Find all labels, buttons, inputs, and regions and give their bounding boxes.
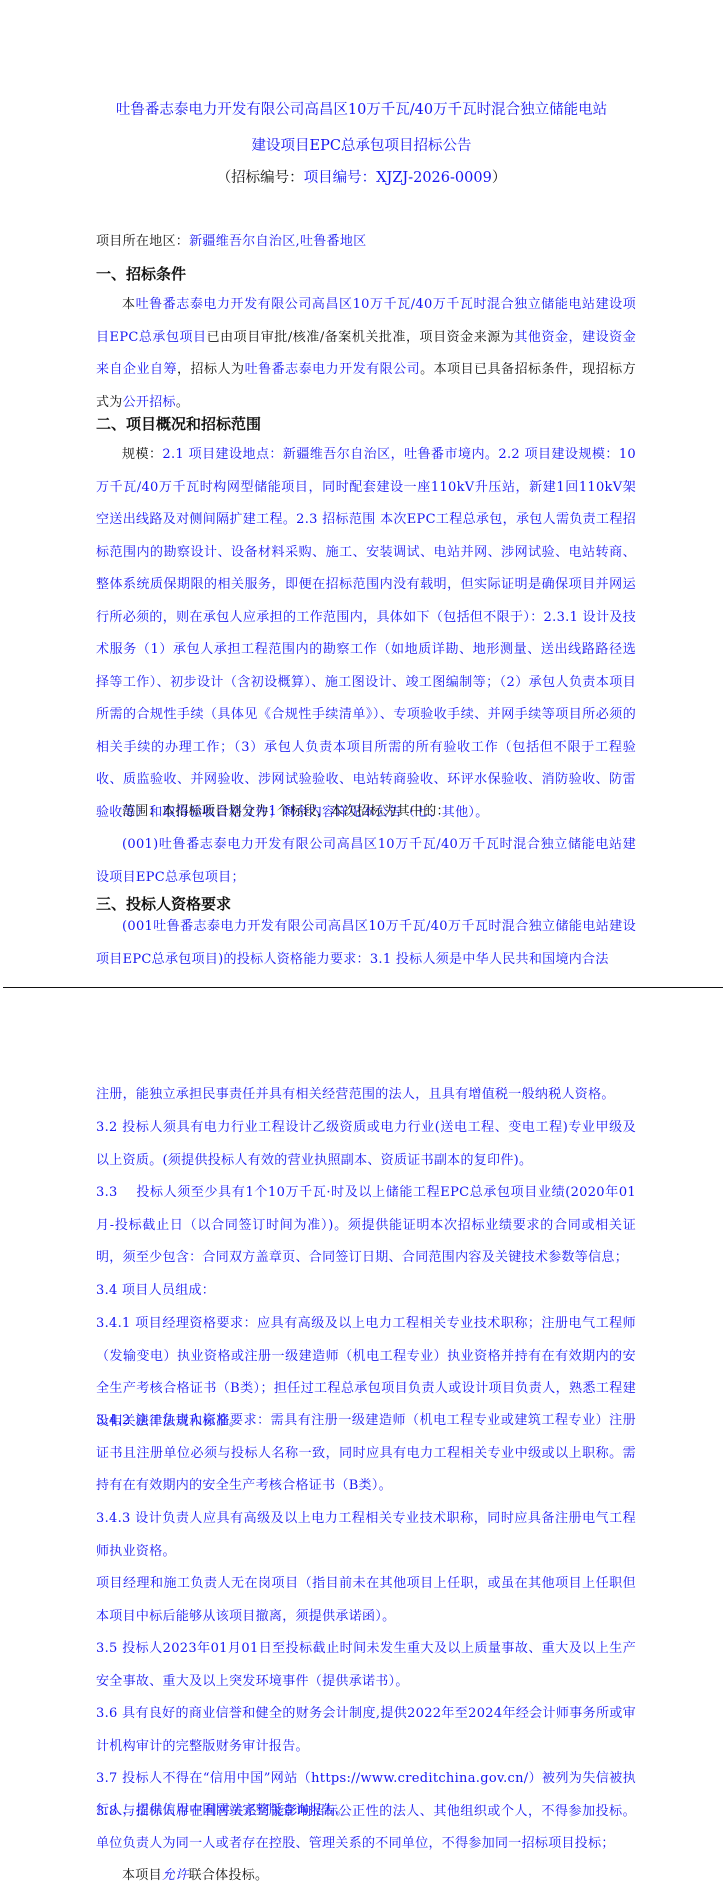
requirement-3-6: 3.6 具有良好的商业信誉和健全的财务会计制度,提供2022年至2024年经会计… bbox=[96, 1698, 636, 1763]
s1-text: ，招标人为 bbox=[177, 362, 245, 377]
section2-scale: 规模：2.1 项目建设地点：新疆维吾尔自治区，吐鲁番市境内。2.2 项目建设规模… bbox=[96, 439, 636, 829]
section2-range: 范围：本招标项目划分为1个标段，本次招标为其中的： bbox=[96, 796, 636, 829]
section1-paragraph: 本吐鲁番志泰电力开发有限公司高昌区10万千瓦/40万千瓦时混合独立储能电站建设项… bbox=[96, 289, 636, 419]
consortium-prefix: 本项目 bbox=[122, 1868, 162, 1883]
s1-text: 已由项目审批/核准/备案机关批准，项目资金来源为 bbox=[207, 330, 515, 345]
notice-title-line1: 吐鲁番志泰电力开发有限公司高昌区10万千瓦/40万千瓦时混合独立储能电站 bbox=[0, 100, 723, 120]
s1-text: 。 bbox=[176, 395, 189, 410]
range-count: 1 bbox=[268, 804, 277, 819]
section2-heading: 二、项目概况和招标范围 bbox=[96, 413, 261, 434]
consortium-value: 允许 bbox=[162, 1868, 189, 1883]
requirement-3-3: 3.3 投标人须至少具有1个10万千瓦·时及以上储能工程EPC总承包项目业绩(2… bbox=[96, 1177, 636, 1275]
requirement-3-4: 3.4 项目人员组成： bbox=[96, 1275, 636, 1308]
project-region: 项目所在地区：新疆维吾尔自治区,吐鲁番地区 bbox=[96, 226, 636, 259]
requirement-3-5: 3.5 投标人2023年01月01日至投标截止时间未发生重大及以上质量事故、重大… bbox=[96, 1633, 636, 1698]
code-suffix: ） bbox=[492, 170, 507, 186]
requirement-3-2: 3.2 投标人须具有电力行业工程设计乙级资质或电力行业(送电工程、变电工程)专业… bbox=[96, 1112, 636, 1177]
scale-label: 规模： bbox=[122, 447, 162, 462]
section3-intro: (001吐鲁番志泰电力开发有限公司高昌区10万千瓦/40万千瓦时混合独立储能电站… bbox=[96, 911, 636, 976]
notice-title-line2: 建设项目EPC总承包项目招标公告 bbox=[0, 136, 723, 156]
region-label: 项目所在地区： bbox=[96, 234, 189, 249]
page-break-line bbox=[3, 987, 723, 988]
section1-heading: 一、招标条件 bbox=[96, 263, 186, 284]
section3-continuation: 注册，能独立承担民事责任并具有相关经营范围的法人，且具有增值税一般纳税人资格。 bbox=[96, 1079, 636, 1112]
consortium-suffix: 联合体投标。 bbox=[189, 1868, 269, 1883]
lot-item: (001)吐鲁番志泰电力开发有限公司高昌区10万千瓦/40万千瓦时混合独立储能电… bbox=[96, 829, 636, 894]
region-value: 新疆维吾尔自治区,吐鲁番地区 bbox=[189, 234, 366, 249]
s1-tenderer: 吐鲁番志泰电力开发有限公司 bbox=[245, 362, 421, 377]
requirement-3-4-3: 3.4.3 设计负责人应具有高级及以上电力工程相关专业技术职称，同时应具备注册电… bbox=[96, 1503, 636, 1568]
notice-code: （招标编号：项目编号：XJZJ-2026-0009） bbox=[0, 168, 723, 188]
code-value: 项目编号：XJZJ-2026-0009 bbox=[304, 170, 492, 186]
scale-text: 2.1 项目建设地点：新疆维吾尔自治区，吐鲁番市境内。2.2 项目建设规模：10… bbox=[96, 447, 636, 820]
requirement-3-8: 3.8 与招标人存在利害关系可能影响招标公正性的法人、其他组织或个人，不得参加投… bbox=[96, 1796, 636, 1860]
requirement-no-onpost: 项目经理和施工负责人无在岗项目（指目前未在其他项目上任职，或虽在其他项目上任职但… bbox=[96, 1568, 636, 1633]
range-suffix: 个标段，本次招标为其中的： bbox=[277, 804, 450, 819]
requirement-3-4-2: 3.4.2 施工负责人资格要求：需具有注册一级建造师（机电工程专业或建筑工程专业… bbox=[96, 1405, 636, 1503]
code-prefix: （招标编号： bbox=[217, 170, 304, 186]
s1-text: 本 bbox=[122, 297, 136, 312]
s1-method: 公开招标 bbox=[123, 395, 176, 410]
range-label: 范围：本招标项目划分为 bbox=[122, 804, 268, 819]
consortium-note: 本项目允许联合体投标。 bbox=[96, 1860, 636, 1888]
